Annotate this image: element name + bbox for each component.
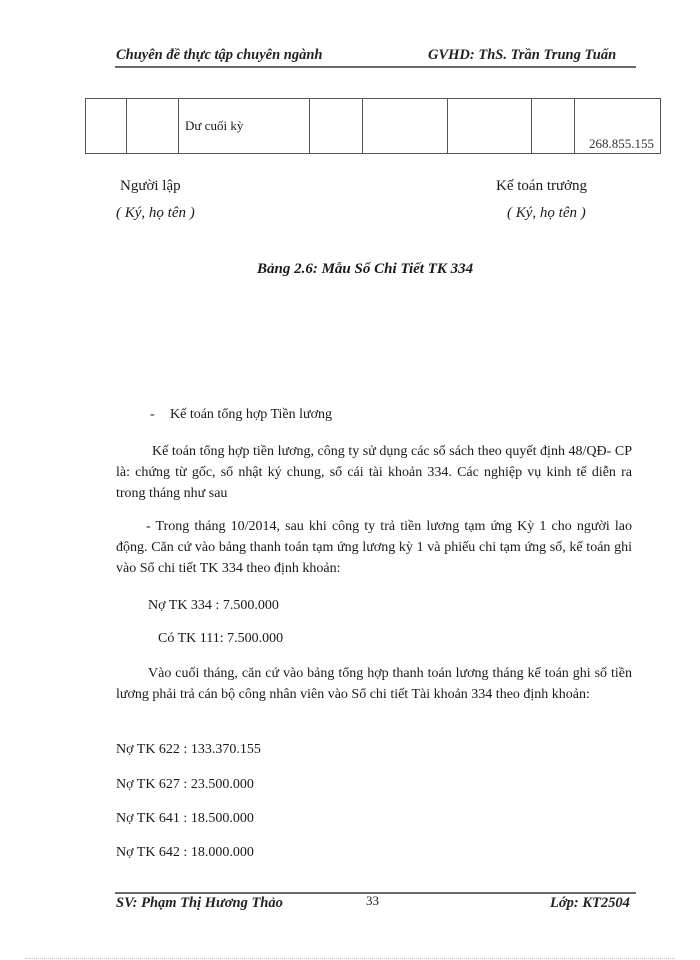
paragraph-3: Vào cuối tháng, căn cứ vào bảng tổng hợp… (116, 663, 632, 705)
paragraph-1: Kế toán tổng hợp tiền lương, công ty sử … (116, 441, 632, 504)
table-cell (86, 99, 127, 154)
closing-balance-label: Dư cuối kỳ (179, 99, 310, 154)
signature-chief-accountant-title: Kế toán trưởng (496, 178, 587, 195)
table-row: Dư cuối kỳ 268.855.155 (86, 99, 661, 154)
signature-preparer-title: Người lập (120, 178, 181, 195)
section-heading: Kế toán tổng hợp Tiền lương (170, 407, 332, 423)
page-break-line (25, 958, 675, 959)
paragraph-2: - Trong tháng 10/2014, sau khi công ty t… (116, 516, 632, 579)
page-number: 33 (366, 893, 379, 909)
journal-entry-debit-627: Nợ TK 627 : 23.500.000 (116, 777, 254, 793)
footer-class: Lớp: KT2504 (550, 895, 630, 912)
ledger-table: Dư cuối kỳ 268.855.155 (85, 98, 661, 154)
signature-preparer-sub: ( Ký, họ tên ) (116, 205, 195, 222)
journal-entry-debit-334: Nợ TK 334 : 7.500.000 (148, 598, 279, 614)
journal-entry-credit-111: Có TK 111: 7.500.000 (158, 631, 283, 647)
table-cell (310, 99, 363, 154)
signature-chief-accountant-sub: ( Ký, họ tên ) (507, 205, 586, 222)
journal-entry-debit-642: Nợ TK 642 : 18.000.000 (116, 845, 254, 861)
journal-entry-debit-622: Nợ TK 622 : 133.370.155 (116, 742, 261, 758)
footer-student-name: SV: Phạm Thị Hương Thảo (116, 895, 283, 912)
table-cell (127, 99, 179, 154)
closing-balance-amount: 268.855.155 (575, 99, 661, 154)
journal-entry-debit-641: Nợ TK 641 : 18.500.000 (116, 811, 254, 827)
header-left-title: Chuyên đề thực tập chuyên ngành (116, 47, 322, 64)
bullet-dash: - (150, 407, 155, 423)
table-caption: Bảng 2.6: Mẫu Sổ Chi Tiết TK 334 (257, 261, 473, 278)
table-cell (448, 99, 532, 154)
table-cell (532, 99, 575, 154)
header-right-advisor: GVHD: ThS. Trần Trung Tuấn (428, 47, 616, 64)
header-rule (115, 66, 636, 68)
table-cell (363, 99, 448, 154)
